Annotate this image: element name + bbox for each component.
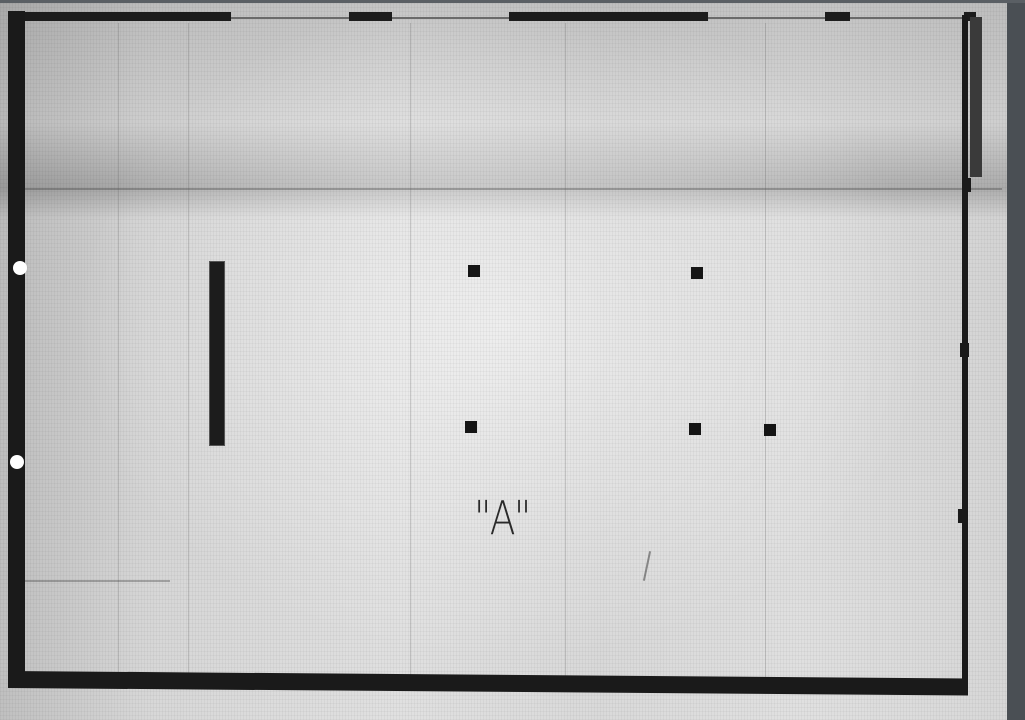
column (764, 424, 776, 436)
punch-hole (10, 455, 24, 469)
top-wall-segment (509, 12, 708, 21)
column (465, 421, 477, 433)
left-wall (8, 11, 25, 683)
scanned-page: "A" (0, 3, 1007, 720)
column (689, 423, 701, 435)
room-label: "A" (474, 491, 530, 545)
right-wall-pilaster (960, 343, 969, 357)
partition-wall (210, 262, 224, 445)
column (691, 267, 703, 279)
fold-line (12, 188, 1002, 190)
right-wall-pilaster (962, 178, 971, 192)
top-wall-segment (13, 12, 231, 21)
top-wall-segment (825, 12, 850, 21)
right-wall-pilaster (958, 509, 967, 523)
right-wall-upper-section (970, 17, 982, 177)
fold-line (565, 23, 566, 683)
faint-pencil-line (20, 580, 170, 582)
fold-line (410, 23, 411, 683)
fold-line (118, 23, 119, 683)
fold-line (765, 23, 766, 683)
bottom-wall (8, 671, 968, 696)
column (468, 265, 480, 277)
pencil-mark (643, 551, 651, 581)
document-viewer: "A" (0, 0, 1025, 720)
viewer-scrollbar-area[interactable] (1007, 3, 1025, 720)
punch-hole (13, 261, 27, 275)
top-wall-segment (349, 12, 392, 21)
fold-line (188, 23, 189, 683)
